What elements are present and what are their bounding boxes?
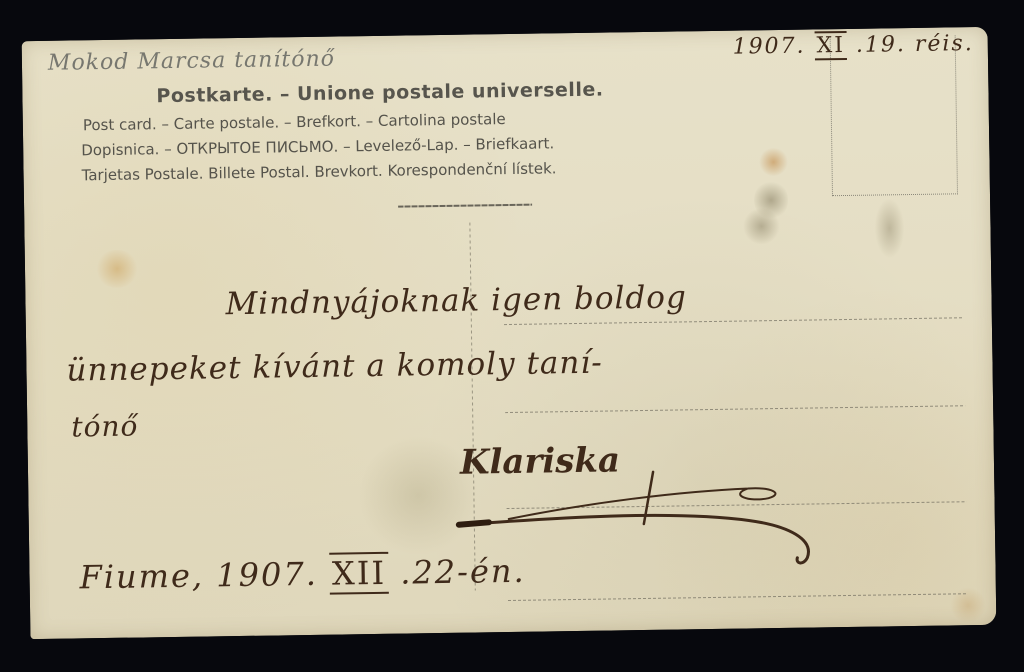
address-line-2 [505,405,965,413]
date-bottom: Fiume, 1907. XII .22-én. [79,552,526,597]
date-top-year: 1907. [732,34,805,60]
stain-drip-2 [742,208,781,245]
address-line-1 [504,317,964,325]
date-top: 1907. XI .19. réis. [732,31,974,60]
pencil-annotation: Mokod Marcsa tanítónő [48,47,335,76]
printed-line-2: Dopisnica. – ОТКРЫТОЕ ПИСЬМО. – Levelező… [81,134,554,159]
date-bottom-month: XII [330,552,389,595]
printed-line-3: Tarjetas Postale. Billete Postal. Brevko… [81,159,556,184]
date-top-month: XI [814,31,847,60]
date-bottom-place-year: Fiume, 1907. [79,555,318,597]
message-line-1: Mindnyájoknak igen boldog [225,279,687,322]
message-line-3: tónő [71,410,138,444]
stain-drip-3 [874,198,905,258]
message-line-2: ünnepeket kívánt a komoly taní- [66,345,603,389]
stain-drip-1 [754,180,789,220]
postcard: Mokod Marcsa tanítónő Postkarte. – Union… [22,27,997,639]
stain-left [95,249,140,288]
printed-line-1: Post card. – Carte postale. – Brefkort. … [83,110,506,134]
address-line-4 [508,593,968,601]
stain-top-right [758,148,788,176]
header-rule [398,204,532,208]
stamp-box [830,35,958,196]
scan-background: Mokod Marcsa tanítónő Postkarte. – Union… [0,0,1024,672]
date-bottom-day: .22-én. [400,552,526,592]
printed-title: Postkarte. – Unione postale universelle. [156,79,603,108]
date-top-day: .19. réis. [856,31,974,58]
